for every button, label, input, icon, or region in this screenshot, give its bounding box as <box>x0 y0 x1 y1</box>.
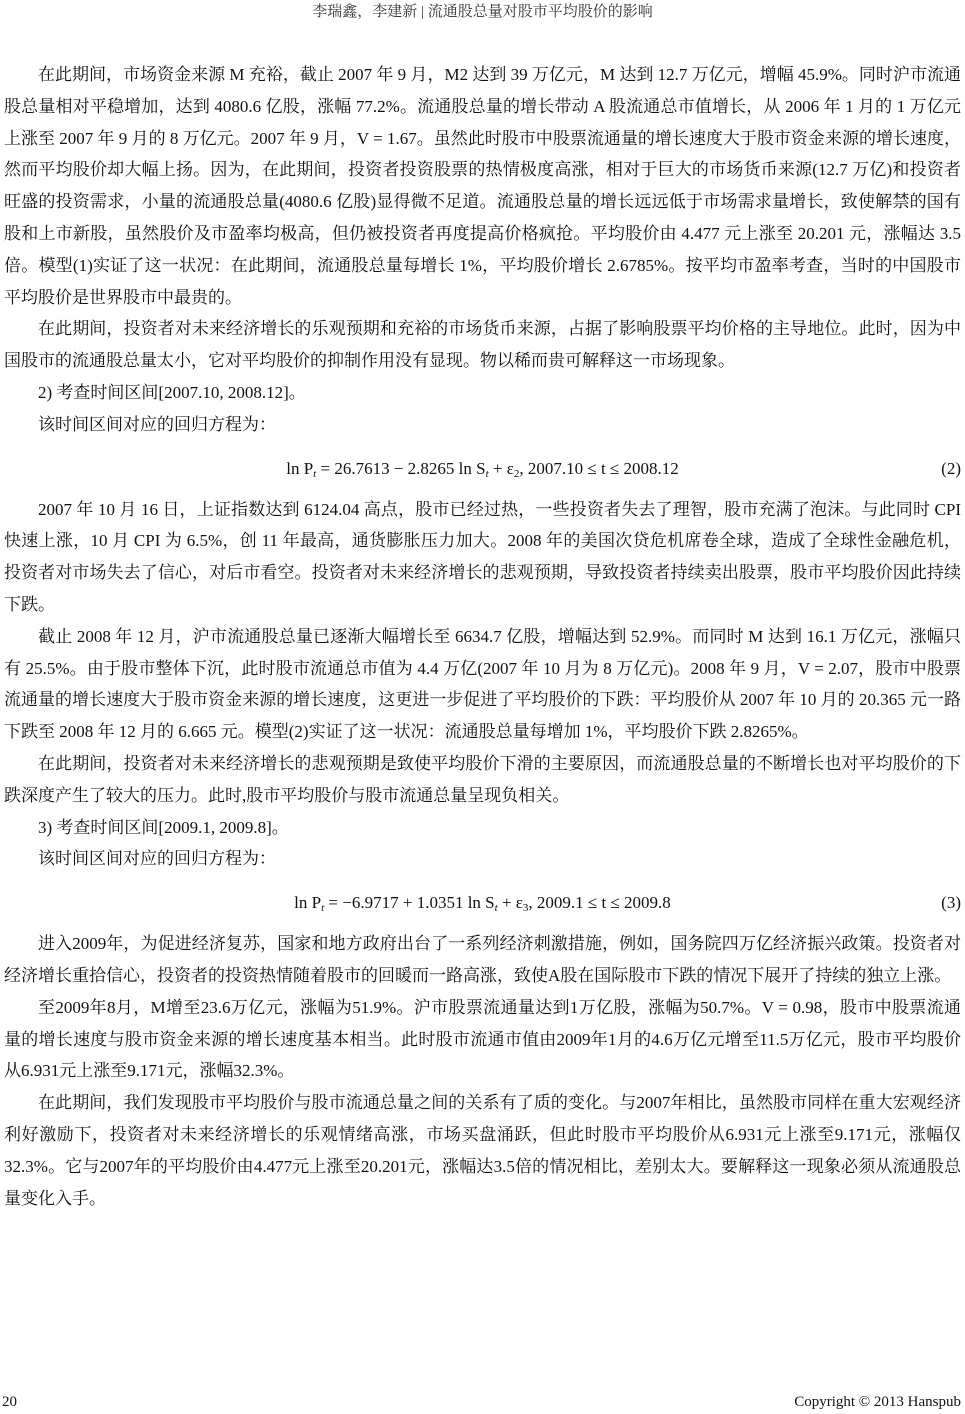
eq3-range: , 2009.1 ≤ t ≤ 2009.8 <box>528 893 670 912</box>
section-2-intro: 该时间区间对应的回归方程为： <box>4 409 961 441</box>
eq3-rhs-coef: −6.9717 + 1.0351 ln S <box>342 893 494 912</box>
paragraph-2009-stimulus: 进入2009年，为促进经济复苏，国家和地方政府出台了一系列经济刺激措施，例如，国… <box>4 928 961 992</box>
section-heading-3: 3) 考查时间区间[2009.1, 2009.8]。 <box>4 812 961 844</box>
eq3-lhs: ln P <box>294 893 321 912</box>
page-footer: 20 Copyright © 2013 Hanspub <box>0 1392 965 1414</box>
paragraph-optimistic-expectations: 在此期间，投资者对未来经济增长的乐观预期和充裕的市场货币来源，占据了影响股票平均… <box>4 313 961 377</box>
eq2-range: , 2007.10 ≤ t ≤ 2008.12 <box>519 459 678 478</box>
running-title: 李瑞鑫，李建新 | 流通股总量对股市平均股价的影响 <box>312 4 653 20</box>
eq2-rhs-coef: 26.7613 − 2.8265 ln S <box>334 459 485 478</box>
eq3-equals: = <box>324 893 342 912</box>
article-body: 在此期间，市场资金来源 M 充裕，截止 2007 年 9 月，M2 达到 39 … <box>4 59 961 1214</box>
page-number: 20 <box>2 1392 17 1412</box>
paragraph-2008-decline: 截止 2008 年 12 月，沪市流通股总量已逐渐大幅增长至 6634.7 亿股… <box>4 621 961 748</box>
section-3-intro: 该时间区间对应的回归方程为： <box>4 843 961 875</box>
equation-3-formula: ln Pt = −6.9717 + 1.0351 ln St + ε3, 200… <box>4 881 961 930</box>
paragraph-qualitative-change: 在此期间，我们发现股市平均股价与股市流通总量之间的关系有了质的变化。与2007年… <box>4 1087 961 1214</box>
paragraph-negative-correlation: 在此期间，投资者对未来经济增长的悲观预期是致使平均股价下滑的主要原因，而流通股总… <box>4 748 961 812</box>
equation-2: ln Pt = 26.7613 − 2.8265 ln St + ε2, 200… <box>4 447 961 490</box>
equation-2-formula: ln Pt = 26.7613 − 2.8265 ln St + ε2, 200… <box>4 447 961 496</box>
eq3-error-term: + ε <box>498 893 523 912</box>
paragraph-2009-august: 至2009年8月，M增至23.6万亿元，涨幅为51.9%。沪市股票流通量达到1万… <box>4 992 961 1087</box>
equation-3: ln Pt = −6.9717 + 1.0351 ln St + ε3, 200… <box>4 881 961 924</box>
section-heading-2: 2) 考查时间区间[2007.10, 2008.12]。 <box>4 377 961 409</box>
eq2-lhs: ln P <box>286 459 313 478</box>
running-header: 李瑞鑫，李建新 | 流通股总量对股市平均股价的影响 <box>0 0 965 26</box>
copyright-notice: Copyright © 2013 Hanspub <box>794 1392 961 1412</box>
paragraph-market-funding-2007: 在此期间，市场资金来源 M 充裕，截止 2007 年 9 月，M2 达到 39 … <box>4 59 961 313</box>
paragraph-2007-peak: 2007 年 10 月 16 日，上证指数达到 6124.04 高点，股市已经过… <box>4 494 961 621</box>
equation-2-number: (2) <box>941 447 961 490</box>
eq2-error-term: + ε <box>489 459 514 478</box>
equation-3-number: (3) <box>941 881 961 924</box>
eq2-equals: = <box>316 459 334 478</box>
